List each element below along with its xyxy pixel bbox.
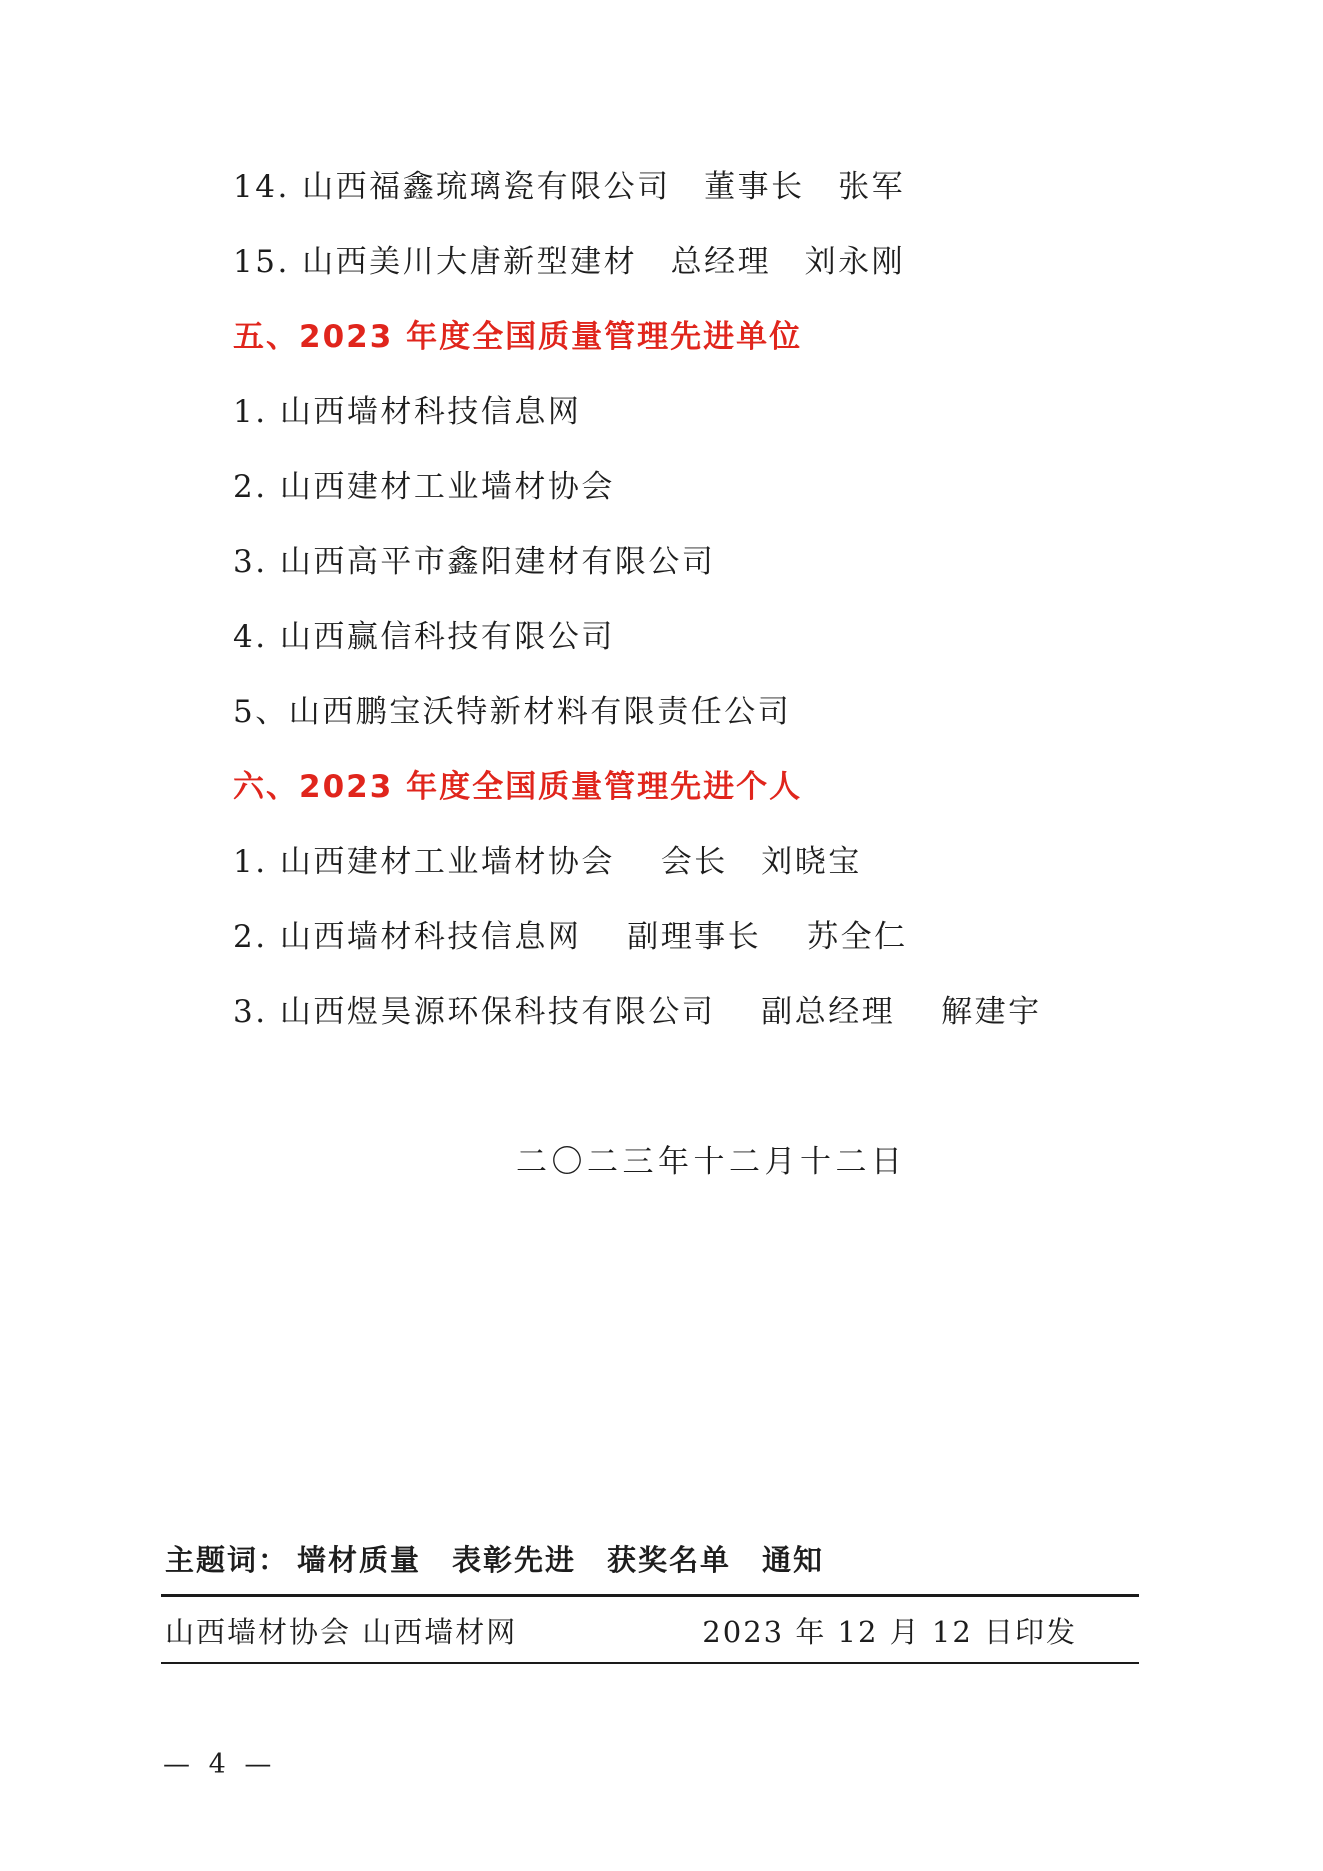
document-body: 14. 山西福鑫琉璃瓷有限公司 董事长 张军 15. 山西美川大唐新型建材 总经… [233, 150, 1263, 1050]
section-five-item-3: 3. 山西高平市鑫阳建材有限公司 [233, 525, 1263, 600]
section-six-item-1: 1. 山西建材工业墙材协会 会长 刘晓宝 [233, 825, 1263, 900]
page-number: — 4 — [163, 1750, 276, 1780]
section-heading-six: 六、2023 年度全国质量管理先进个人 [233, 750, 1263, 825]
signature-date: 二〇二三年十二月十二日 [516, 1125, 907, 1200]
section-six-item-3: 3. 山西煜昊源环保科技有限公司 副总经理 解建宇 [233, 975, 1263, 1050]
section-five-item-5: 5、山西鹏宝沃特新材料有限责任公司 [233, 675, 1263, 750]
section-five-item-1: 1. 山西墙材科技信息网 [233, 375, 1263, 450]
list-item-15: 15. 山西美川大唐新型建材 总经理 刘永刚 [233, 225, 1263, 300]
section-five-item-2: 2. 山西建材工业墙材协会 [233, 450, 1263, 525]
divider-line-top [161, 1594, 1139, 1597]
divider-line-bottom [161, 1662, 1139, 1664]
imprint-row: 山西墙材协会 山西墙材网 2023 年 12 月 12 日印发 [161, 1611, 1139, 1653]
subject-keywords: 墙材质量 表彰先进 获奖名单 通知 [297, 1543, 824, 1577]
list-item-14: 14. 山西福鑫琉璃瓷有限公司 董事长 张军 [233, 150, 1263, 225]
section-heading-five: 五、2023 年度全国质量管理先进单位 [233, 300, 1263, 375]
section-six-item-2: 2. 山西墙材科技信息网 副理事长 苏全仁 [233, 900, 1263, 975]
print-date: 2023 年 12 月 12 日印发 [702, 1611, 1077, 1653]
subject-label: 主题词： [165, 1543, 289, 1577]
issuer-name: 山西墙材协会 山西墙材网 [165, 1611, 517, 1653]
section-five-item-4: 4. 山西赢信科技有限公司 [233, 600, 1263, 675]
subject-keywords-row: 主题词：墙材质量 表彰先进 获奖名单 通知 [165, 1537, 824, 1583]
document-page: 14. 山西福鑫琉璃瓷有限公司 董事长 张军 15. 山西美川大唐新型建材 总经… [0, 0, 1323, 1871]
